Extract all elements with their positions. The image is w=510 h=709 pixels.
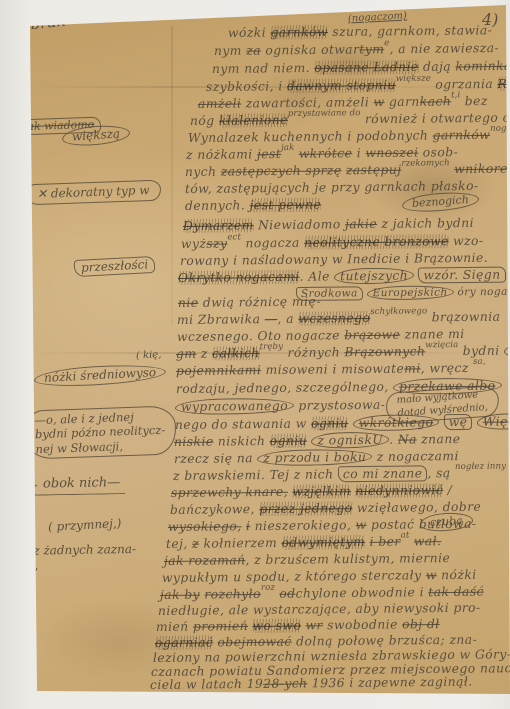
vertical-fold-crease bbox=[171, 26, 173, 326]
scribbled-text: kłalenione bbox=[219, 113, 288, 128]
manuscript-line: Środkowa Europejskich óry nogacza. bbox=[296, 286, 510, 300]
handwritten-text: z jakich bydni bbox=[377, 216, 474, 231]
inserted-correction: ect bbox=[227, 232, 241, 242]
handwritten-text: rzecz się na bbox=[174, 451, 258, 466]
struck-text: i ber bbox=[369, 535, 400, 549]
handwritten-text: nóg bbox=[190, 114, 219, 128]
manuscript-line: gm z całkichtręby różnych Brązownychwzię… bbox=[176, 343, 510, 361]
handwritten-text: . Ale bbox=[300, 269, 335, 283]
handwritten-text: / bbox=[443, 483, 452, 497]
handwritten-text: chylone obwodnie i bbox=[295, 585, 428, 600]
struck-text: jest bbox=[257, 147, 281, 161]
manuscript-line: nym nad niem. opasane Ładnie dają komink… bbox=[212, 59, 510, 76]
margin-note-line: —o, ale i z jednej bbox=[34, 409, 165, 428]
handwritten-text: nieszerokiego, bbox=[250, 518, 355, 533]
handwritten-text: dwią różnicę mię- bbox=[198, 295, 320, 310]
struck-text: brązowe bbox=[344, 328, 400, 343]
handwritten-text: nych bbox=[185, 165, 221, 179]
struck-text: promień bbox=[193, 619, 248, 634]
struck-text: nie bbox=[178, 296, 199, 310]
struck-text: wysokiego, bbox=[168, 519, 242, 534]
handwritten-text: nego do stawania w bbox=[175, 417, 311, 432]
struck-text: za bbox=[246, 44, 261, 58]
margin-note-line: Jak wiadomo bbox=[23, 118, 95, 134]
manuscript-line: nych zastępczych sprzę zastępujrzekomych… bbox=[185, 161, 510, 179]
handwritten-text: dolną połowę brzuśca; zna- bbox=[292, 633, 478, 649]
struck-text: wał. bbox=[414, 534, 442, 548]
manuscript-line: z brawskiemi. Tej z nich co mi znane, są… bbox=[173, 466, 506, 483]
struck-text: Brązownych bbox=[344, 344, 425, 359]
struck-text: w bbox=[426, 568, 437, 582]
manuscript-line: mi Zbrawika —, a wczesnegoschyłkowego br… bbox=[177, 310, 501, 327]
corner-label: Zbrań bbox=[19, 12, 66, 35]
handwritten-text: niskich bbox=[213, 434, 269, 449]
scribbled-text: odwymiętym bbox=[281, 535, 365, 550]
struck-text: gm bbox=[176, 347, 197, 361]
handwritten-text: rowany i naśladowany w Inedicie i Brązow… bbox=[180, 251, 488, 268]
manuscript-line: niedługie, ale wystarczające, aby niewys… bbox=[158, 601, 481, 618]
inserted-correction: t,i bbox=[451, 90, 460, 100]
struck-text: sprzewchy knare, bbox=[171, 485, 288, 500]
manuscript-line: pojemnikami misoweni i misowatemi, wręcz… bbox=[176, 361, 486, 378]
scribbled-text: jest pewne bbox=[250, 198, 322, 213]
scribbled-text: całkich bbox=[212, 346, 260, 360]
handwritten-text: ogrzania bbox=[431, 77, 498, 92]
margin-note-przymnej: ( przymnej,) bbox=[48, 516, 122, 535]
inserted-correction: tręby bbox=[260, 342, 284, 352]
margin-note-line: mało wyjątkowe bbox=[396, 389, 487, 408]
scribbled-text: niedynniowić bbox=[355, 483, 443, 498]
margin-note-bez-zadnych: v bez żadnych zazna-mań, bbox=[8, 542, 137, 574]
scribbled-text: Okrytko nogacami bbox=[178, 270, 300, 285]
handwritten-text: nym nad niem. bbox=[212, 61, 315, 76]
scribbled-text: dawnym stopniu bbox=[287, 78, 396, 93]
handwritten-text: wzo- bbox=[449, 234, 484, 248]
margin-note-line: v bez żadnych zazna- bbox=[8, 542, 136, 559]
inserted-correction: przystawiane do bbox=[288, 108, 361, 119]
margin-note-line: nóżki średniowyso bbox=[44, 365, 157, 386]
inserted-correction: większe bbox=[396, 74, 431, 84]
handwritten-text: dennych. bbox=[185, 198, 250, 213]
handwritten-text: dają bbox=[419, 59, 456, 73]
struck-text: pojemnikami bbox=[176, 363, 261, 378]
struck-text: jak rozamań bbox=[164, 553, 246, 568]
handwritten-text: z nóżkami bbox=[186, 147, 257, 162]
struck-text: jak by bbox=[160, 588, 200, 602]
manuscript-line: sprzewchy knare, wzjęlkim niedynniowić / bbox=[171, 483, 452, 500]
handwritten-text: brązownia bbox=[427, 310, 500, 325]
scribbled-text: garnków bbox=[270, 25, 328, 40]
circled-text: w ilecko bbox=[504, 342, 510, 359]
manuscript-line: mień promień wo swo wr swobodnie obj dł bbox=[156, 617, 440, 634]
handwritten-text: z bbox=[196, 347, 212, 361]
inserted-correction: roz bbox=[261, 583, 275, 593]
inserted-correction: wzięcia bbox=[425, 340, 458, 350]
struck-text: garnków bbox=[433, 128, 491, 143]
margin-note-jak-wiadomo: Jak wiadomo bbox=[16, 117, 102, 136]
scribbled-text: ogarniać bbox=[155, 635, 213, 650]
margin-note-nozki-sredniowysokie: nóżki średniowyso bbox=[34, 363, 167, 389]
circled-text: Europejskich bbox=[367, 285, 454, 300]
margin-note-kie: ( kię, bbox=[136, 349, 162, 363]
handwritten-text: wózki bbox=[228, 26, 271, 40]
handwritten-text: różnych bbox=[283, 345, 344, 360]
manuscript-line: Dymarzem Niewiadomo jakie z jakich bydni bbox=[183, 216, 474, 233]
handwritten-text: Niewiadomo bbox=[254, 217, 345, 232]
inserted-correction: at bbox=[401, 530, 410, 540]
margin-note-dekoratny-typ: ✕ dekoratny typ w bbox=[26, 180, 161, 206]
manuscript-line: wczesnego. Oto nogacze brązowe znane mi bbox=[177, 327, 465, 344]
struck-text: amżeli bbox=[198, 97, 241, 111]
manuscript-line: wyższyect nogacza neolityczne bronzowe w… bbox=[181, 234, 484, 251]
struck-text: 28-ych bbox=[263, 676, 307, 690]
handwritten-text: garn bbox=[385, 95, 420, 109]
margin-note-line: przeszłości bbox=[81, 257, 149, 275]
margin-note-line: beznogich bbox=[412, 193, 470, 211]
manuscript-line: tej, z kołnierzem odwymiętym i berat wał… bbox=[166, 534, 442, 551]
struck-text: obj dł bbox=[402, 617, 440, 631]
struck-text: w bbox=[374, 95, 385, 109]
scribbled-text: neolityczne bronzowe bbox=[304, 234, 449, 250]
handwritten-text: óry nogacza. bbox=[454, 286, 510, 299]
struck-text: tak daść bbox=[428, 585, 484, 600]
margin-note-obok-nich: ∟ obok nich— bbox=[22, 475, 126, 496]
struck-text: jakie bbox=[345, 217, 377, 231]
margin-note-beznogich: beznogich bbox=[401, 190, 479, 213]
handwritten-text: tej, bbox=[166, 537, 192, 551]
inserted-correction: jak bbox=[281, 143, 294, 153]
manuscript-line: Wynalazek kuchennych i podobnych garnków… bbox=[188, 127, 510, 145]
handwritten-text: z brawskiemi. Tej z nich bbox=[173, 467, 338, 483]
handwritten-text: z nogaczami bbox=[372, 449, 459, 464]
handwritten-text: bańczykowe, bbox=[170, 502, 259, 517]
inserted-correction: sa, bbox=[473, 357, 486, 367]
handwritten-text: kołnierzem bbox=[199, 536, 282, 551]
handwritten-text: Wynalazek kuchennych i podobnych bbox=[188, 128, 433, 145]
circled-text: z przodu i boku bbox=[257, 449, 372, 466]
struck-text: mi bbox=[404, 361, 421, 375]
handwritten-text: znane bbox=[417, 432, 461, 446]
manuscript-line: wypukłym u spodu, z którego sterczały w … bbox=[162, 568, 477, 585]
handwritten-text: mień bbox=[156, 620, 193, 634]
circled-text: z ogniskU bbox=[311, 432, 389, 449]
struck-text: obejmować bbox=[217, 635, 291, 650]
manuscript-line: nym za ogniska otwartyme, a nie zawiesza… bbox=[214, 41, 499, 58]
handwritten-text: rodzaju, jednego, szczególnego, bbox=[176, 380, 393, 396]
handwritten-text: swobodnie bbox=[323, 617, 402, 632]
manuscript-line: rowany i naśladowany w Inedicie i Brązow… bbox=[180, 251, 488, 268]
manuscript-line: rzecz się na z przodu i boku z nogaczami bbox=[174, 449, 459, 466]
manuscript-paper: Zbrań 4) wózki garnków szura, garnkom, s… bbox=[0, 0, 510, 709]
manuscript-line: szybkości, i dawnym stopniuwiększe ogrza… bbox=[206, 77, 510, 94]
handwritten-text: wzięławego, dobre bbox=[352, 500, 481, 515]
scribbled-text: opasane Ładnie bbox=[314, 60, 418, 75]
handwritten-text: wypukłym u spodu, z którego sterczały bbox=[162, 568, 426, 585]
scribbled-text: wzjęlkim bbox=[292, 484, 351, 499]
margin-note-line: ✕ dekoratny typ w bbox=[37, 183, 150, 202]
scribbled-text: wczesnego bbox=[298, 311, 370, 326]
manuscript-line: nóg kłalenioneprzystawiane do również i … bbox=[190, 110, 510, 128]
inserted-correction: nogłez inny bbox=[455, 462, 506, 473]
handwritten-text: mi Zbrawika bbox=[177, 312, 265, 327]
margin-note-przeszlosci: przeszłości bbox=[74, 256, 156, 277]
margin-note-line: mań, bbox=[8, 557, 136, 574]
handwritten-text: misoweni i misowate bbox=[261, 362, 404, 377]
handwritten-text: szybkości, i bbox=[206, 79, 287, 94]
struck-text: kach bbox=[420, 94, 452, 108]
manuscript-line: nie dwią różnicę mię- bbox=[178, 295, 321, 310]
struck-text: w bbox=[356, 518, 367, 532]
handwritten-text: nym bbox=[214, 44, 246, 58]
handwritten-text: nóżki bbox=[437, 568, 477, 582]
handwritten-text: , a bbox=[277, 312, 298, 326]
scribbled-text: Dymarzem bbox=[183, 218, 254, 233]
manuscript-line: dennych. jest pewne bbox=[185, 198, 321, 213]
boxed-text: co mi znane bbox=[338, 465, 428, 482]
struck-text: wr bbox=[305, 618, 322, 632]
margin-note-line: ( przymnej,) bbox=[48, 516, 122, 535]
margin-note-line: czuba bbox=[430, 514, 463, 529]
handwritten-text: ciela w latach 19 bbox=[150, 677, 263, 692]
handwritten-text: bez bbox=[460, 94, 487, 108]
scribbled-text: wo swo bbox=[252, 618, 301, 633]
manuscript-line: ciela w latach 1928-ych 1936 i zapewne z… bbox=[150, 675, 473, 692]
scribbled-text: Rum bbox=[497, 77, 510, 91]
manuscript-line: niskie niskich ogniu z ogniskU. Na znane bbox=[174, 432, 461, 449]
struck-text: wkrótce bbox=[299, 146, 353, 161]
struck-text: zastępczych sprzę bbox=[221, 163, 342, 178]
margin-note-line: ∟ obok nich— bbox=[28, 475, 120, 493]
handwritten-text: przystosowa- bbox=[294, 398, 385, 413]
handwritten-text: również i otwartego ogniska. bbox=[360, 110, 510, 126]
margin-note-line: bydni późno neolitycz- bbox=[35, 423, 166, 442]
scribbled-text: ogniu bbox=[311, 416, 348, 430]
manuscript-line: jak rozamań, z brzuścem kulistym, mierni… bbox=[164, 551, 450, 568]
struck-text: zastępuj bbox=[346, 163, 402, 178]
margin-note-line: dotąd wyłśrednio, bbox=[397, 401, 488, 420]
boxed-text: wzór. Sięgn bbox=[418, 267, 505, 284]
struck-text: tym bbox=[359, 42, 384, 56]
struck-text: rozchyło bbox=[204, 587, 261, 602]
circled-text: tutejszych bbox=[334, 268, 414, 285]
handwritten-text: niedługie, ale wystarczające, aby niewys… bbox=[158, 601, 481, 618]
handwritten-text: nogacza bbox=[241, 236, 304, 251]
handwritten-text: wyż bbox=[181, 237, 206, 251]
manuscript-line: wózki garnków szura, garnkom, stawia- bbox=[228, 23, 492, 40]
handwritten-text: 1936 i zapewne zaginął. bbox=[307, 675, 472, 691]
scribbled-text: przez jednego bbox=[259, 501, 352, 516]
handwritten-text: ogniska otwar bbox=[261, 42, 360, 57]
handwritten-text: i bbox=[352, 146, 365, 160]
inserted-correction: rzekomych bbox=[401, 158, 449, 169]
handwritten-text: , są bbox=[427, 466, 455, 480]
struck-text: szy bbox=[206, 237, 227, 251]
struck-text: — bbox=[265, 312, 278, 326]
manuscript-line: jak by rozchyłoroz odchylone obwodnie i … bbox=[160, 585, 484, 602]
handwritten-text: , z brzuścem kulistym, miernie bbox=[245, 551, 450, 567]
inserted-correction: e bbox=[384, 38, 389, 48]
struck-text: Na bbox=[398, 432, 417, 446]
struck-text: kominka bbox=[455, 59, 510, 74]
margin-note-slowacja-note: —o, ale i z jednejbydni późno neolitycz-… bbox=[23, 405, 177, 459]
inserted-correction: schyłkowego bbox=[370, 306, 427, 317]
struck-text: od bbox=[279, 587, 295, 601]
struck-text: wnikore bbox=[454, 162, 508, 177]
manuscript-line: wypracowanego przystosowa- bbox=[175, 398, 385, 414]
scanner-backdrop: Zbrań 4) wózki garnków szura, garnkom, s… bbox=[0, 0, 510, 709]
scribbled-text: ogniu bbox=[270, 434, 307, 448]
circled-text: wypracowanego bbox=[175, 398, 294, 415]
manuscript-line: Okrytko nogacami. Ale tutejszych wzór. S… bbox=[178, 268, 506, 285]
handwritten-text: . bbox=[389, 433, 398, 447]
handwritten-text: , a nie zawiesza- bbox=[389, 41, 499, 56]
handwritten-text: , wręcz bbox=[421, 361, 474, 376]
struck-text: niskie bbox=[174, 435, 214, 449]
margin-note-line: nej w Słowacji, bbox=[35, 437, 166, 456]
margin-note-line: ( kię, bbox=[136, 349, 162, 363]
inserted-correction: nogaczy bbox=[490, 123, 510, 133]
